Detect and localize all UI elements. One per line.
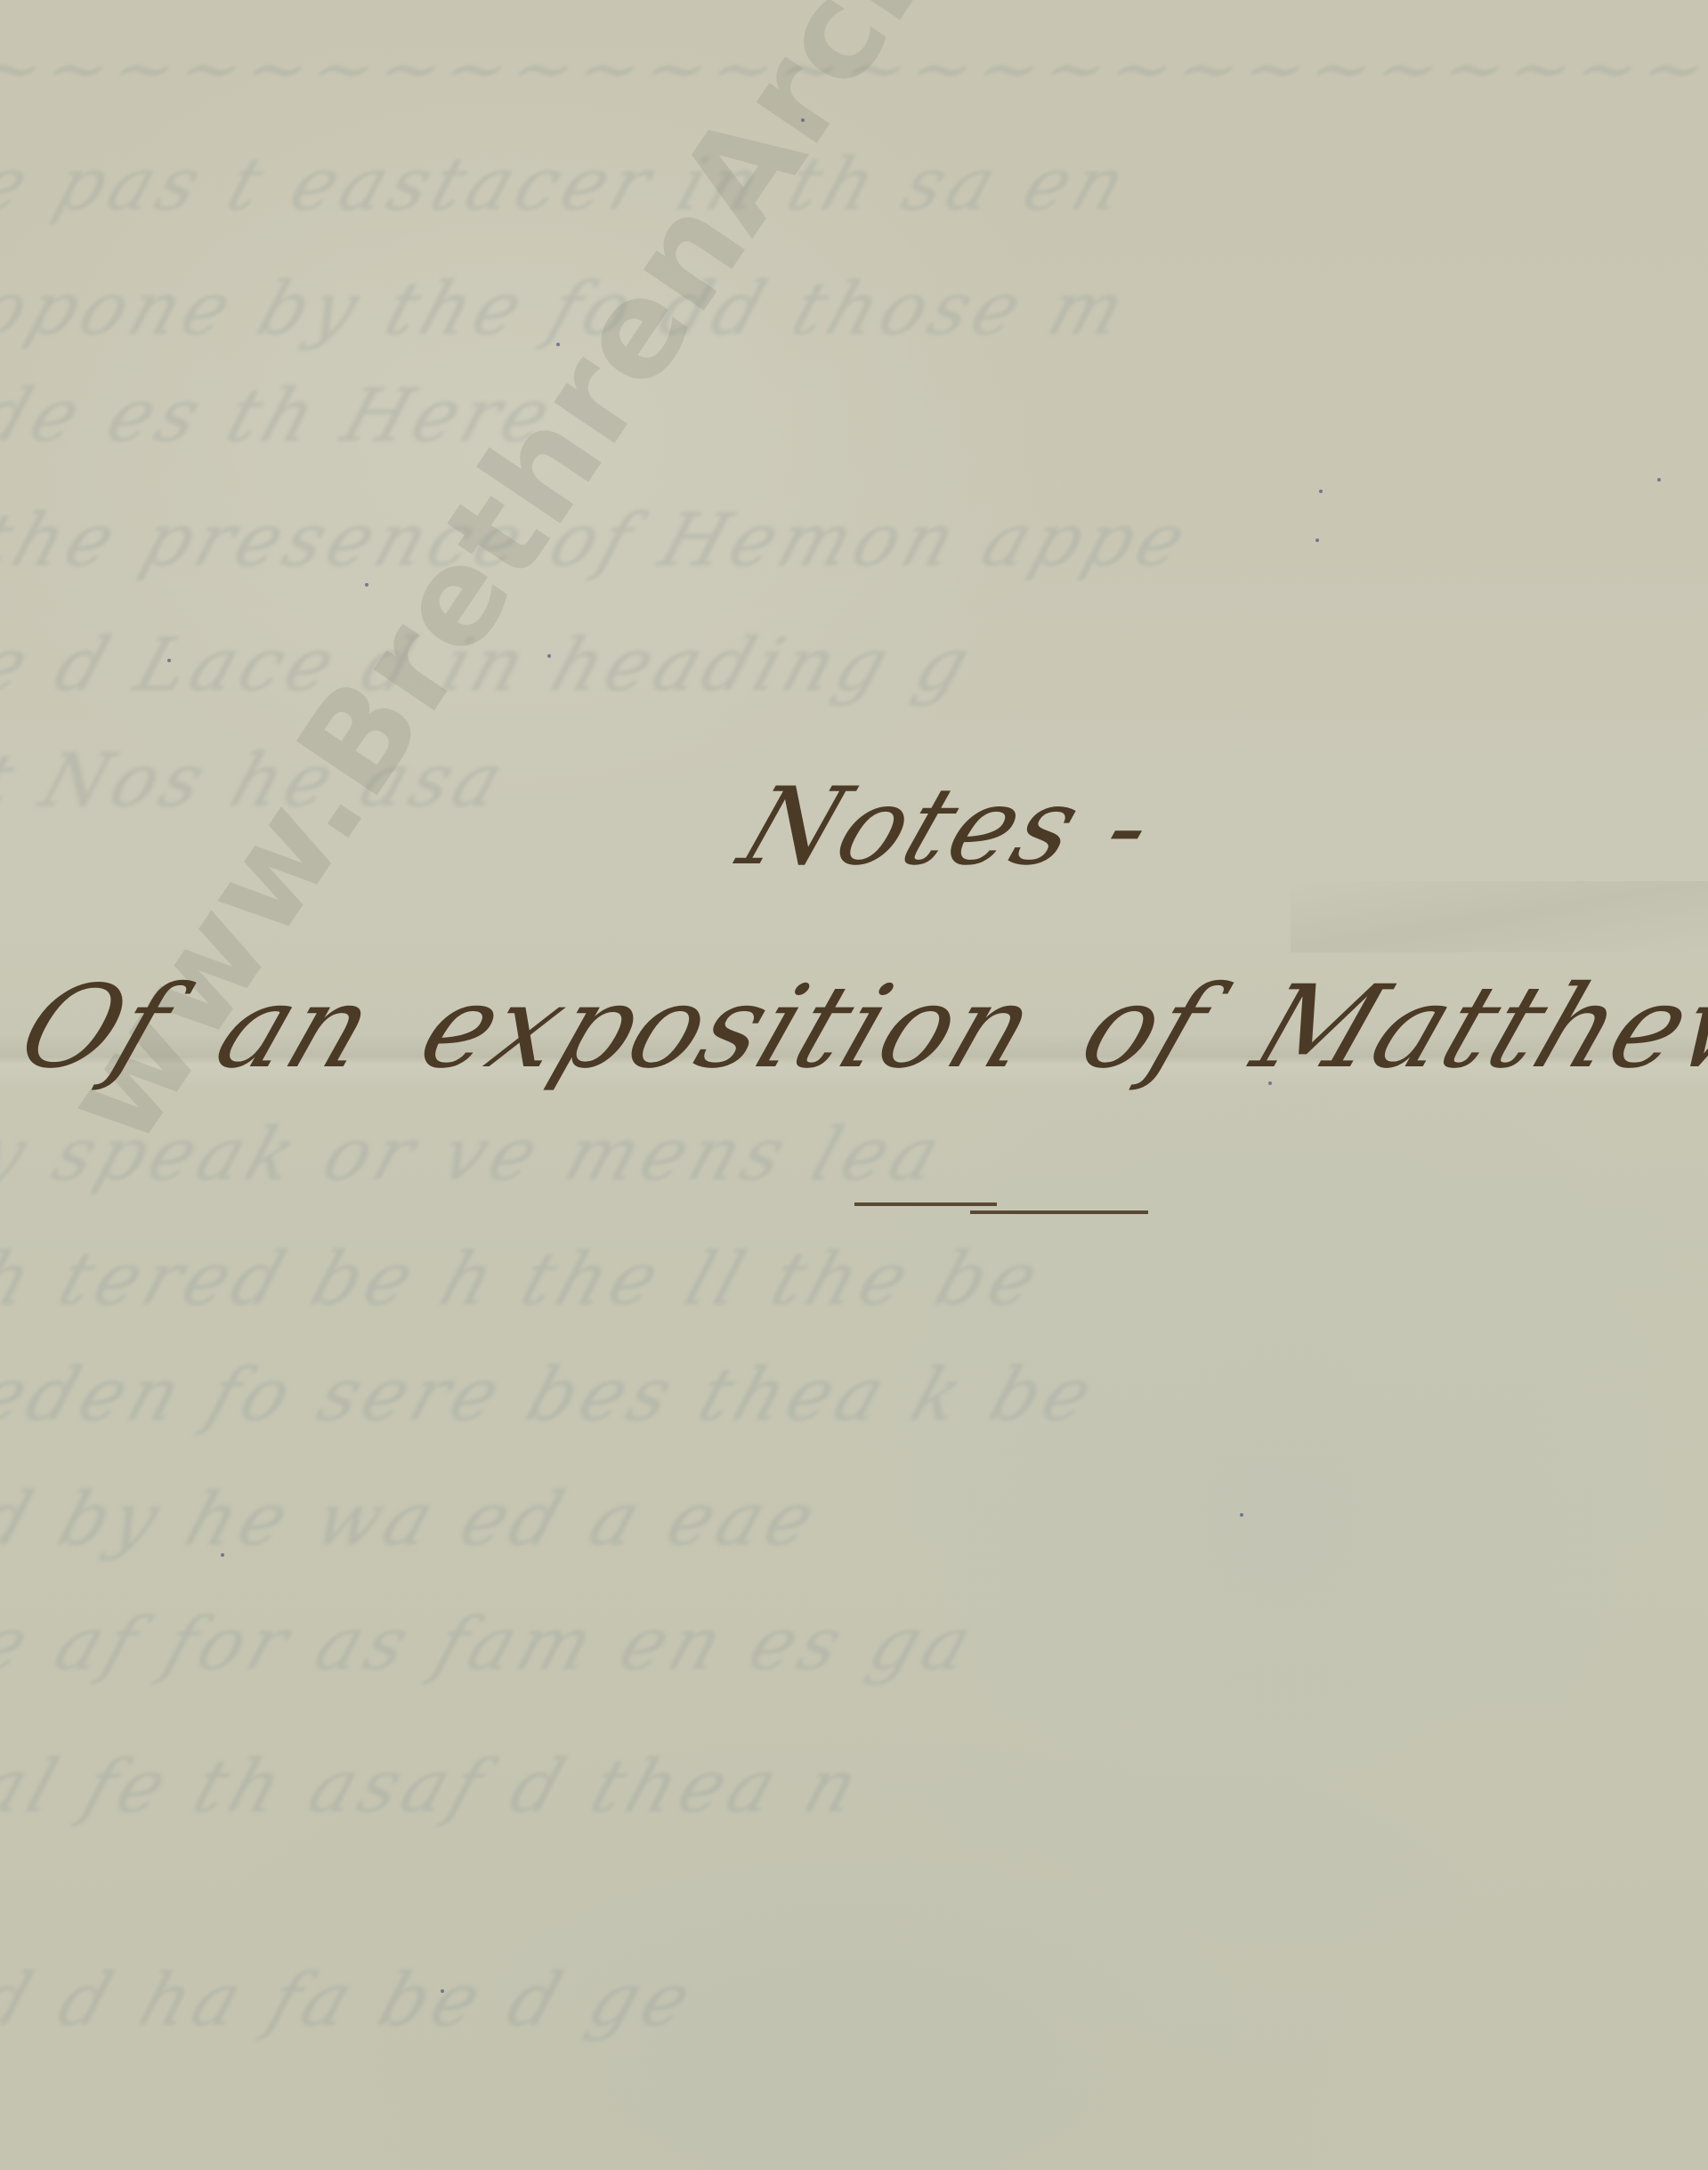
subtitle-prefix: Of an exposition of (3, 961, 1226, 1094)
ghost-line: opone by the fo dd those m (0, 267, 1708, 347)
ink-speck (1319, 490, 1323, 493)
title-underline-left (854, 1202, 997, 1206)
subtitle-book: Matthew (1238, 961, 1708, 1094)
ghost-line: eden fo sere bes thea k be (0, 1353, 1708, 1433)
ink-speck (1240, 1513, 1243, 1517)
ghost-line: d by he wa ed a eae (0, 1478, 1708, 1558)
manuscript-subtitle: Of an exposition of Matthew IV (3, 961, 1708, 1094)
ink-speck (556, 343, 560, 346)
ink-speck (365, 583, 368, 587)
ink-speck (547, 654, 551, 658)
ghost-line: e pas t eastacer in th sa en (0, 142, 1708, 223)
ink-speck (1268, 1081, 1272, 1085)
ghost-line: the presence of Hemon appe (0, 498, 1708, 579)
ghost-line: e d Lace d in heading g (0, 623, 1708, 703)
ghost-line: de es th Here (0, 374, 1708, 454)
ghost-line: y speak or ve mens lea (0, 1113, 1708, 1193)
ink-speck (1315, 538, 1319, 542)
ghost-line: e af for as fam en es ga (0, 1602, 1708, 1682)
ink-speck (1657, 478, 1661, 482)
manuscript-page: ~~~~~~~~~~~~~~~~~~~~~~~~~~~~ e pas t eas… (0, 0, 1708, 2170)
ink-speck (221, 1553, 224, 1557)
ink-speck (441, 1989, 444, 1993)
manuscript-heading: Notes - (725, 765, 1171, 889)
ghost-line: al fe th asaf d thea n (0, 1745, 1708, 1825)
ghost-line: d d ha fa be d ge (0, 1958, 1708, 2038)
paper-fold-crease (1291, 881, 1708, 952)
ghost-line: h tered be h the ll the be (0, 1237, 1708, 1317)
title-underline-right (970, 1211, 1148, 1214)
ink-speck (801, 118, 805, 122)
ink-speck (167, 659, 171, 662)
